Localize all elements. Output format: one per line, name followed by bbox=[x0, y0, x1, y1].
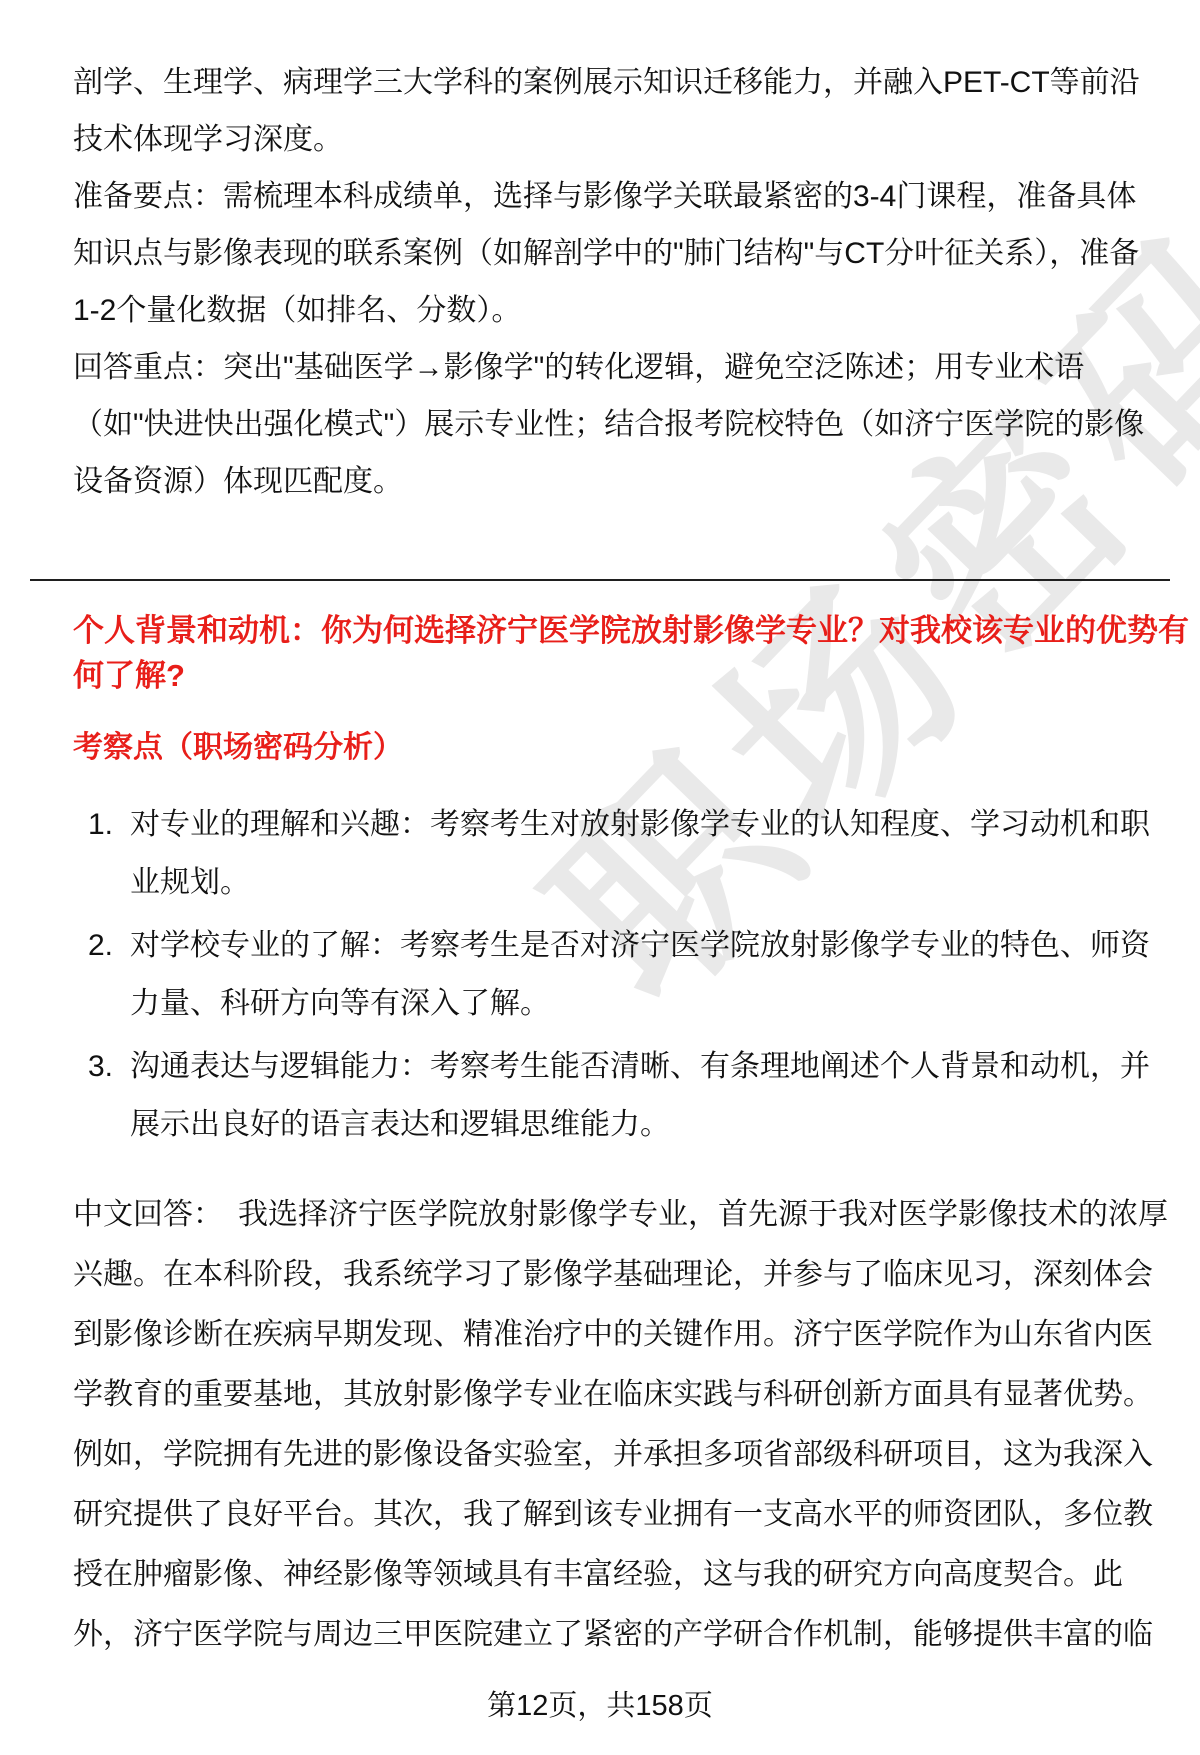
intro-paragraph: 剖学、生理学、病理学三大学科的案例展示知识迁移能力，并融入PET-CT等前沿 技… bbox=[73, 54, 1144, 510]
list-item: 1. 对专业的理解和兴趣：考察考生对放射影像学专业的认知程度、学习动机和职 业规… bbox=[88, 796, 1150, 912]
exam-points-list: 1. 对专业的理解和兴趣：考察考生对放射影像学专业的认知程度、学习动机和职 业规… bbox=[88, 796, 1150, 1159]
list-item-text: 对专业的理解和兴趣：考察考生对放射影像学专业的认知程度、学习动机和职 业规划。 bbox=[130, 796, 1150, 912]
page-number-footer: 第12页，共158页 bbox=[0, 1686, 1200, 1726]
list-item-number: 1. bbox=[88, 796, 130, 854]
question-heading: 个人背景和动机：你为何选择济宁医学院放射影像学专业？对我校该专业的优势有 何了解… bbox=[73, 608, 1189, 698]
list-item-number: 2. bbox=[88, 917, 130, 975]
section-divider bbox=[30, 579, 1170, 581]
list-item: 2. 对学校专业的了解：考察考生是否对济宁医学院放射影像学专业的特色、师资 力量… bbox=[88, 917, 1150, 1033]
list-item: 3. 沟通表达与逻辑能力：考察考生能否清晰、有条理地阐述个人背景和动机，并 展示… bbox=[88, 1038, 1150, 1154]
exam-points-heading: 考察点（职场密码分析） bbox=[73, 725, 403, 770]
list-item-number: 3. bbox=[88, 1038, 130, 1096]
document-page: 职场密码出品 剖学、生理学、病理学三大学科的案例展示知识迁移能力，并融入PET-… bbox=[0, 0, 1200, 1755]
answer-paragraph: 中文回答： 我选择济宁医学院放射影像学专业，首先源于我对医学影像技术的浓厚 兴趣… bbox=[73, 1185, 1168, 1665]
list-item-text: 沟通表达与逻辑能力：考察考生能否清晰、有条理地阐述个人背景和动机，并 展示出良好… bbox=[130, 1038, 1150, 1154]
list-item-text: 对学校专业的了解：考察考生是否对济宁医学院放射影像学专业的特色、师资 力量、科研… bbox=[130, 917, 1150, 1033]
